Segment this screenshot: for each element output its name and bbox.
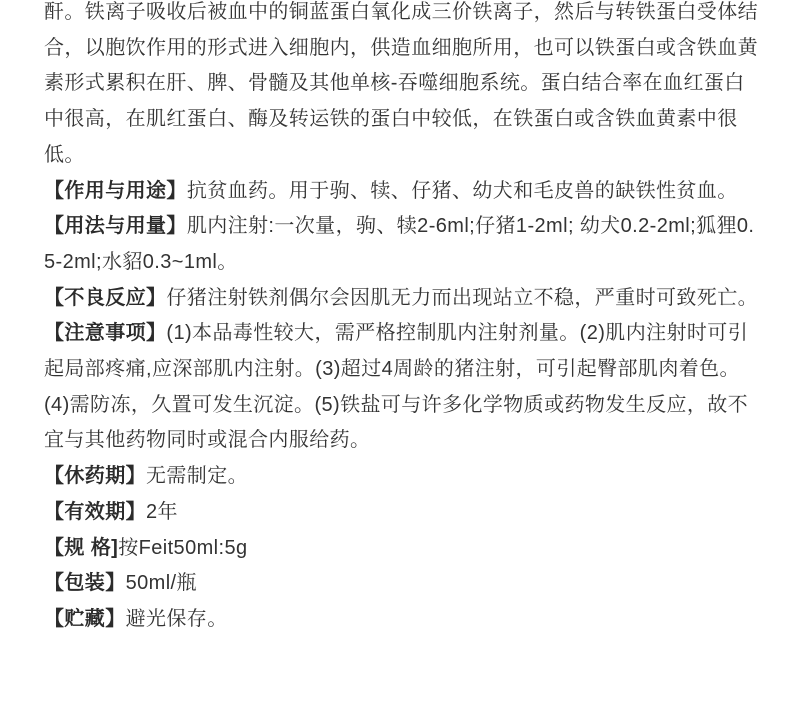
section-shelf-life-label: 【有效期】: [44, 501, 146, 523]
section-specification: 【规 格]按Feit50ml:5g: [44, 531, 760, 567]
section-shelf-life: 【有效期】2年: [44, 495, 760, 531]
section-packaging-label: 【包装】: [44, 572, 126, 594]
section-packaging-text: 50ml/瓶: [126, 572, 197, 594]
section-storage: 【贮藏】避光保存。: [44, 602, 760, 638]
section-action-and-uses-label: 【作用与用途】: [44, 180, 187, 202]
section-withdrawal-period-label: 【休药期】: [44, 465, 146, 487]
section-packaging: 【包装】50ml/瓶: [44, 566, 760, 602]
section-storage-text: 避光保存。: [126, 608, 228, 630]
product-description-document: 酐。铁离子吸收后被血中的铜蓝蛋白氧化成三价铁离子，然后与转铁蛋白受体结合，以胞饮…: [44, 0, 760, 638]
section-dosage-label: 【用法与用量】: [44, 215, 187, 237]
section-shelf-life-text: 2年: [146, 501, 178, 523]
section-precautions-label: 【注意事项】: [44, 322, 166, 344]
section-precautions: 【注意事项】(1)本品毒性较大，需严格控制肌内注射剂量。(2)肌内注射时可引起局…: [44, 316, 760, 459]
section-withdrawal-period-text: 无需制定。: [146, 465, 248, 487]
section-action-and-uses-text: 抗贫血药。用于驹、犊、仔猪、幼犬和毛皮兽的缺铁性贫血。: [187, 180, 738, 202]
section-dosage-and-administration: 【用法与用量】肌内注射:一次量，驹、犊2-6ml;仔猪1-2ml; 幼犬0.2-…: [44, 209, 760, 280]
section-adverse-reactions: 【不良反应】仔猪注射铁剂偶尔会因肌无力而出现站立不稳，严重时可致死亡。: [44, 281, 760, 317]
pharmacology-continuation-paragraph: 酐。铁离子吸收后被血中的铜蓝蛋白氧化成三价铁离子，然后与转铁蛋白受体结合，以胞饮…: [44, 0, 760, 174]
section-adverse-reactions-label: 【不良反应】: [44, 287, 166, 309]
section-action-and-uses: 【作用与用途】抗贫血药。用于驹、犊、仔猪、幼犬和毛皮兽的缺铁性贫血。: [44, 174, 760, 210]
section-storage-label: 【贮藏】: [44, 608, 126, 630]
section-specification-label: 【规 格]: [44, 537, 118, 559]
section-withdrawal-period: 【休药期】无需制定。: [44, 459, 760, 495]
section-adverse-reactions-text: 仔猪注射铁剂偶尔会因肌无力而出现站立不稳，严重时可致死亡。: [166, 287, 758, 309]
section-specification-text: 按Feit50ml:5g: [118, 537, 247, 559]
